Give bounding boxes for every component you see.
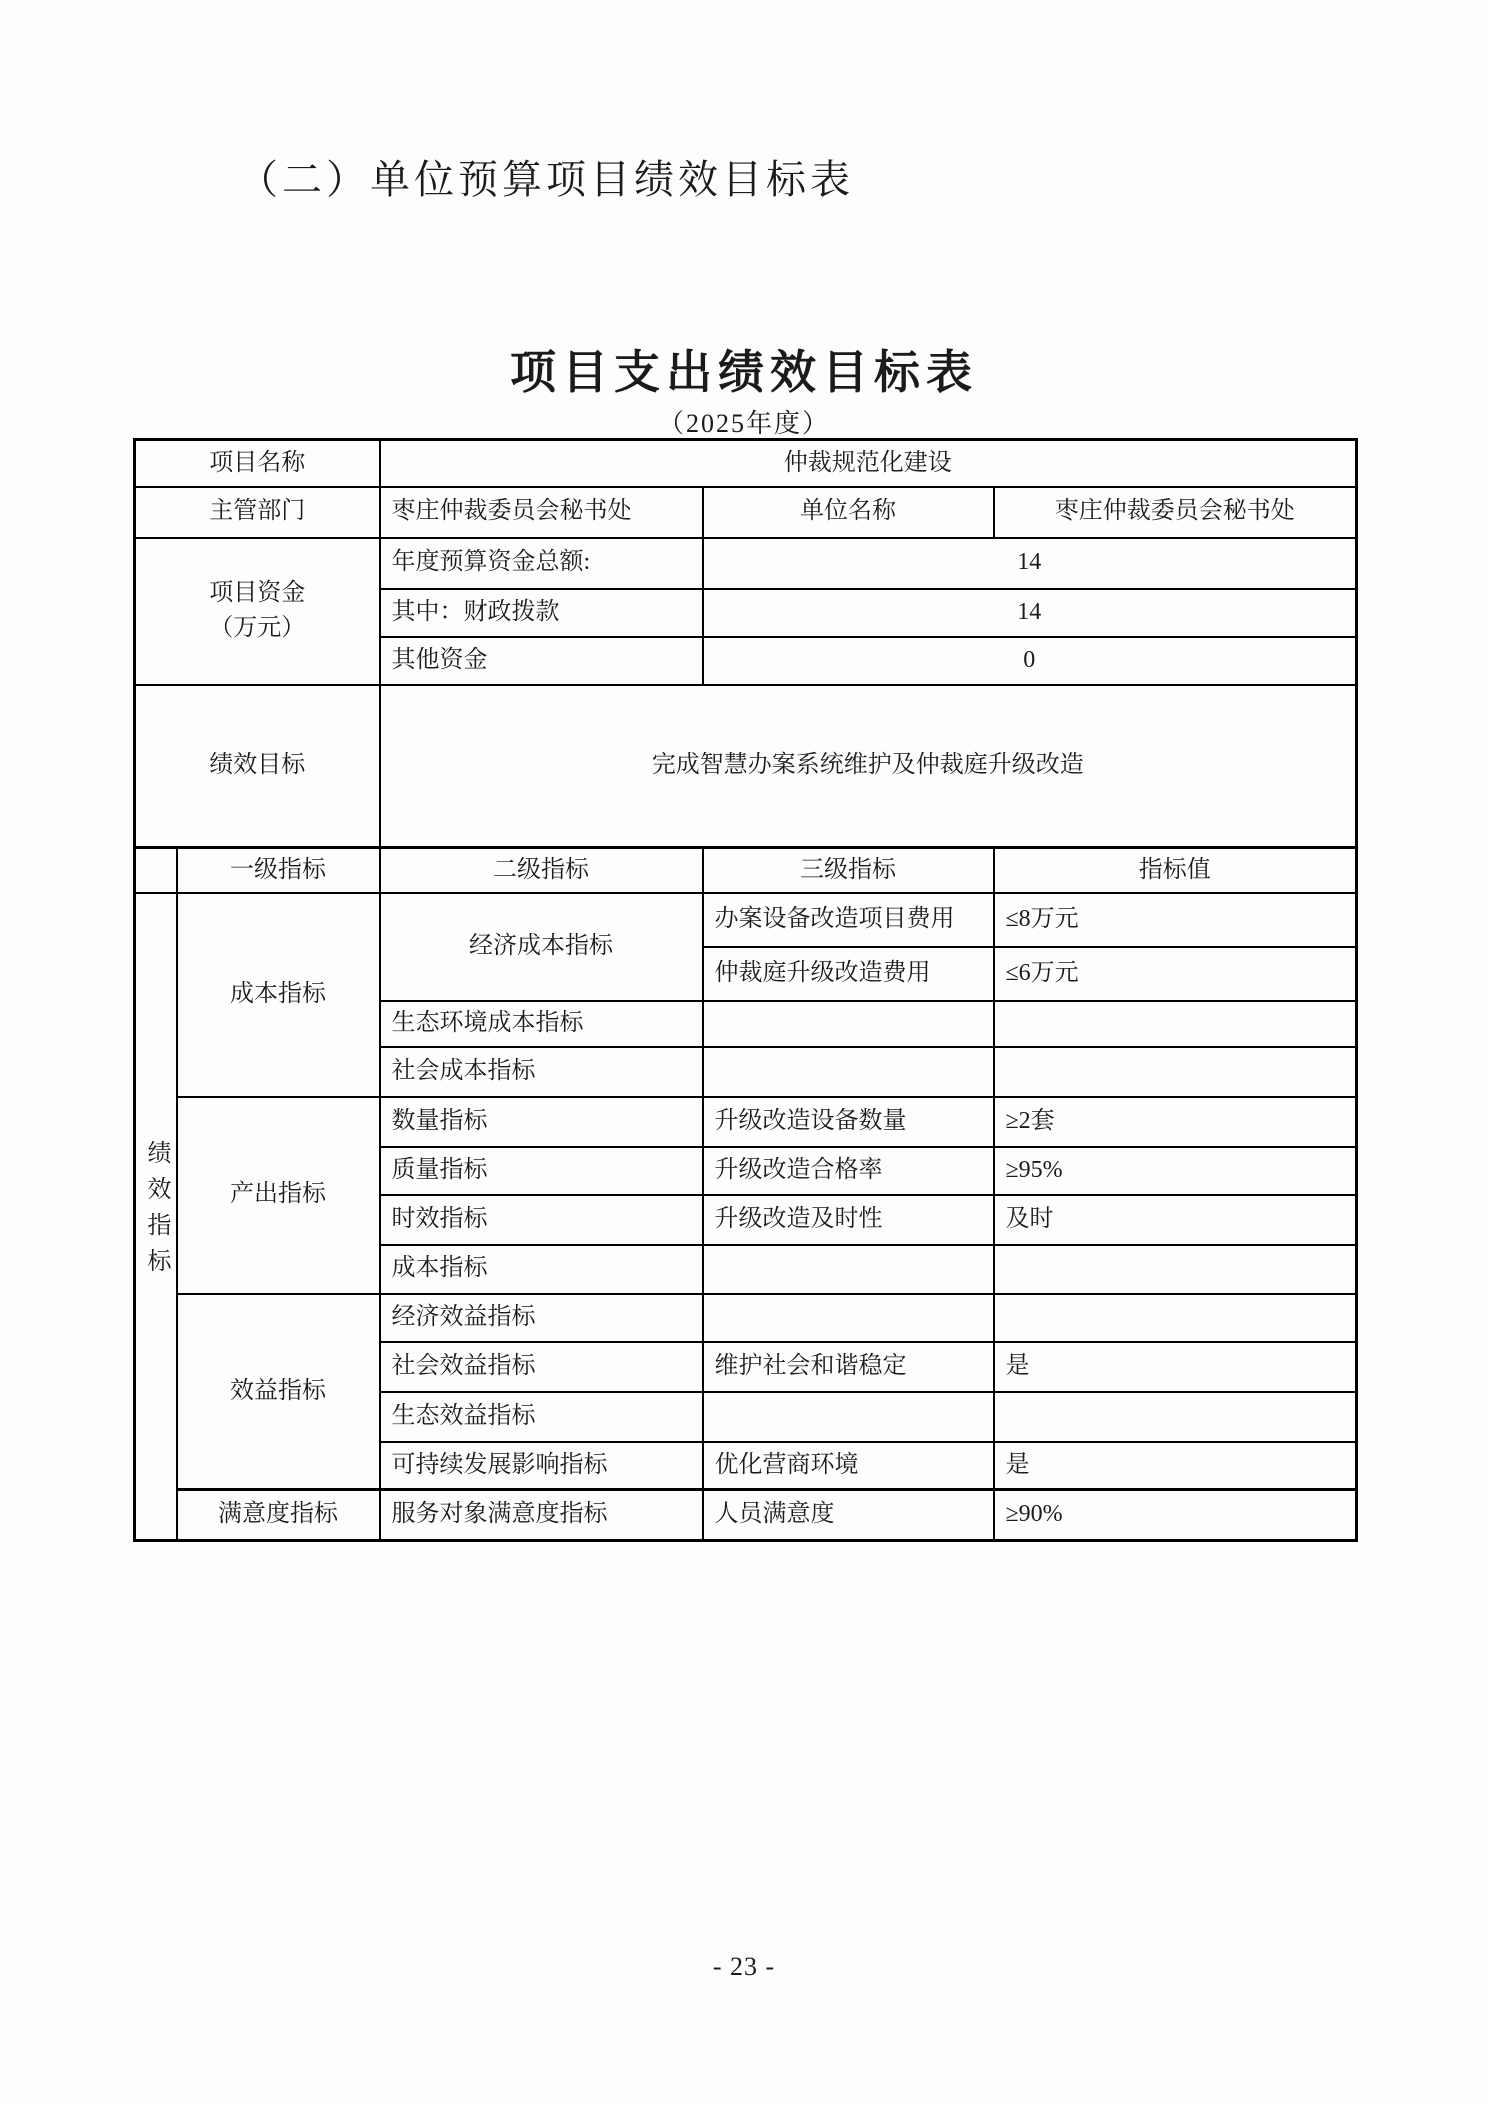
column-header-value: 指标值 xyxy=(994,848,1357,893)
indicator-level3-cell: 升级改造设备数量 xyxy=(703,1097,994,1147)
empty-cell xyxy=(994,1392,1357,1442)
indicator-value-cell: 是 xyxy=(994,1342,1357,1392)
indicator-level3-cell: 升级改造及时性 xyxy=(703,1195,994,1245)
empty-cell xyxy=(703,1294,994,1342)
empty-cell xyxy=(703,1392,994,1442)
performance-target-table: 项目名称 仲裁规范化建设 主管部门 枣庄仲裁委员会秘书处 单位名称 枣庄仲裁委员… xyxy=(133,438,1358,1542)
budget-row-value: 14 xyxy=(703,538,1357,589)
dept-label: 主管部门 xyxy=(135,487,380,538)
indicator-value-cell: ≥2套 xyxy=(994,1097,1357,1147)
indicator-level2-cell: 质量指标 xyxy=(380,1147,703,1195)
indicator-level3-cell: 升级改造合格率 xyxy=(703,1147,994,1195)
indicator-level2-cell: 生态效益指标 xyxy=(380,1392,703,1442)
budget-group-label-line2: （万元） xyxy=(142,611,373,646)
indicator-level3-cell: 维护社会和谐稳定 xyxy=(703,1342,994,1392)
indicator-value-cell: ≤8万元 xyxy=(994,893,1357,947)
table-row: 产出指标 数量指标 升级改造设备数量 ≥2套 xyxy=(135,1097,1357,1147)
indicator-level3-cell: 人员满意度 xyxy=(703,1490,994,1541)
indicator-level2-cell: 成本指标 xyxy=(380,1245,703,1294)
empty-cell xyxy=(994,1294,1357,1342)
budget-row-label: 年度预算资金总额: xyxy=(380,538,703,589)
budget-row-label: 其中：财政拨款 xyxy=(380,589,703,637)
goal-label: 绩效目标 xyxy=(135,685,380,848)
table-row: 满意度指标 服务对象满意度指标 人员满意度 ≥90% xyxy=(135,1490,1357,1541)
indicator-value-cell: ≥90% xyxy=(994,1490,1357,1541)
empty-cell xyxy=(703,1047,994,1097)
table-row: 主管部门 枣庄仲裁委员会秘书处 单位名称 枣庄仲裁委员会秘书处 xyxy=(135,487,1357,538)
table-title: 项目支出绩效目标表 xyxy=(0,336,1488,402)
table-row: 绩效指标 成本指标 经济成本指标 办案设备改造项目费用 ≤8万元 xyxy=(135,893,1357,947)
indicator-level3-cell: 优化营商环境 xyxy=(703,1442,994,1490)
indicator-level2-cell: 社会成本指标 xyxy=(380,1047,703,1097)
corner-cell xyxy=(135,848,177,893)
indicator-value-cell: 是 xyxy=(994,1442,1357,1490)
indicator-level2-cell: 经济效益指标 xyxy=(380,1294,703,1342)
indicator-header-row: 一级指标 二级指标 三级指标 指标值 xyxy=(135,848,1357,893)
column-header-level2: 二级指标 xyxy=(380,848,703,893)
indicator-level1-cell: 满意度指标 xyxy=(177,1490,380,1541)
dept-value: 枣庄仲裁委员会秘书处 xyxy=(380,487,703,538)
indicator-level3-cell: 办案设备改造项目费用 xyxy=(703,893,994,947)
indicator-level2-cell: 服务对象满意度指标 xyxy=(380,1490,703,1541)
budget-row-value: 14 xyxy=(703,589,1357,637)
table-row: 项目名称 仲裁规范化建设 xyxy=(135,440,1357,487)
indicator-level2-cell: 生态环境成本指标 xyxy=(380,1001,703,1047)
empty-cell xyxy=(994,1245,1357,1294)
indicator-level2-cell: 数量指标 xyxy=(380,1097,703,1147)
goal-value: 完成智慧办案系统维护及仲裁庭升级改造 xyxy=(380,685,1357,848)
side-label-cell: 绩效指标 xyxy=(135,893,177,1541)
budget-group-label: 项目资金 （万元） xyxy=(135,538,380,685)
table-subtitle: （2025年度） xyxy=(0,403,1488,440)
indicator-level3-cell: 仲裁庭升级改造费用 xyxy=(703,947,994,1001)
unit-value: 枣庄仲裁委员会秘书处 xyxy=(994,487,1357,538)
indicator-value-cell: ≥95% xyxy=(994,1147,1357,1195)
empty-cell xyxy=(994,1001,1357,1047)
empty-cell xyxy=(703,1001,994,1047)
indicator-level2-cell: 时效指标 xyxy=(380,1195,703,1245)
indicator-value-cell: ≤6万元 xyxy=(994,947,1357,1001)
page-number: - 23 - xyxy=(0,1952,1488,1982)
column-header-level1: 一级指标 xyxy=(177,848,380,893)
table-row: 效益指标 经济效益指标 xyxy=(135,1294,1357,1342)
project-name-label: 项目名称 xyxy=(135,440,380,487)
budget-group-label-line1: 项目资金 xyxy=(142,576,373,611)
empty-cell xyxy=(994,1047,1357,1097)
table-row: 项目资金 （万元） 年度预算资金总额: 14 xyxy=(135,538,1357,589)
indicator-level1-cell: 效益指标 xyxy=(177,1294,380,1490)
side-label-vertical: 绩效指标 xyxy=(143,1140,169,1284)
indicator-level1-cell: 成本指标 xyxy=(177,893,380,1097)
budget-row-value: 0 xyxy=(703,637,1357,685)
empty-cell xyxy=(703,1245,994,1294)
indicator-level2-cell: 可持续发展影响指标 xyxy=(380,1442,703,1490)
document-page: （二）单位预算项目绩效目标表 项目支出绩效目标表 （2025年度） 项目名称 仲… xyxy=(0,0,1488,2104)
budget-row-label: 其他资金 xyxy=(380,637,703,685)
project-name-value: 仲裁规范化建设 xyxy=(380,440,1357,487)
section-heading: （二）单位预算项目绩效目标表 xyxy=(238,148,854,205)
table-row: 绩效目标 完成智慧办案系统维护及仲裁庭升级改造 xyxy=(135,685,1357,848)
indicator-level2-cell: 经济成本指标 xyxy=(380,893,703,1001)
indicator-level2-cell: 社会效益指标 xyxy=(380,1342,703,1392)
column-header-level3: 三级指标 xyxy=(703,848,994,893)
indicator-level1-cell: 产出指标 xyxy=(177,1097,380,1294)
indicator-value-cell: 及时 xyxy=(994,1195,1357,1245)
unit-label: 单位名称 xyxy=(703,487,994,538)
